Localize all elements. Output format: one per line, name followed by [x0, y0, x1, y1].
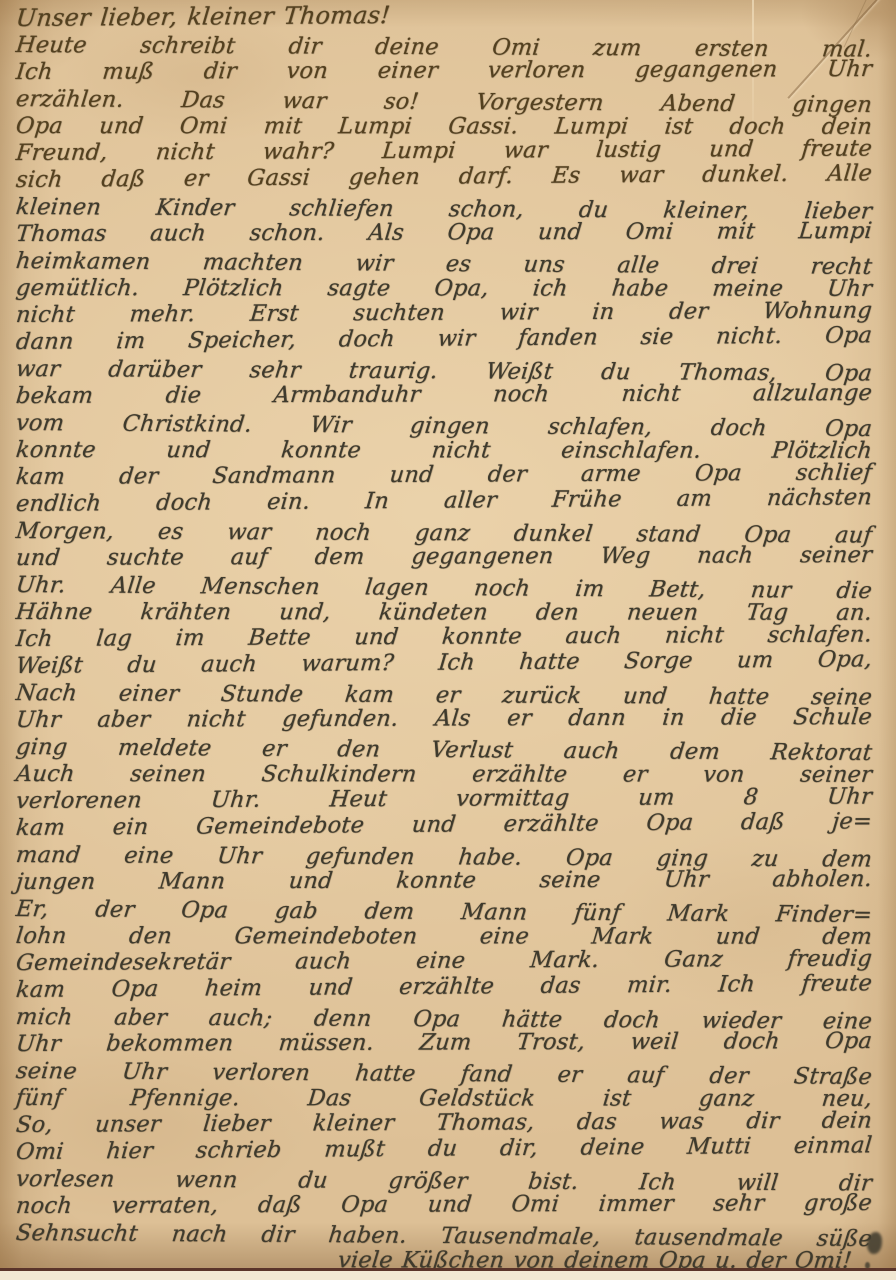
letter-line: Thomas auch schon. Als Opa und Omi mit L… — [15, 218, 874, 248]
letter-line: jungen Mann und konnte seine Uhr abholen… — [15, 866, 874, 896]
photo-edge-bottom — [0, 1268, 896, 1280]
letter-page: Unser lieber, kleiner Thomas!Heute schre… — [0, 0, 896, 1280]
letter-line: bekam die Armbanduhr noch nicht allzulan… — [15, 380, 874, 410]
letter-line: kam Opa heim und erzählte das mir. Ich f… — [15, 970, 874, 1004]
letter-line: Uhr aber nicht gefunden. Als er dann in … — [15, 704, 874, 734]
letter-line: Omi hier schrieb mußt du dir, deine Mutt… — [15, 1132, 874, 1166]
letter-body: Unser lieber, kleiner Thomas!Heute schre… — [0, 0, 896, 1280]
letter-line: Weißt du auch warum? Ich hatte Sorge um … — [15, 646, 874, 680]
letter-line: noch verraten, daß Opa und Omi immer seh… — [15, 1190, 874, 1220]
letter-line: dann im Speicher, doch wir fanden sie ni… — [15, 322, 874, 356]
letter-line: Uhr bekommen müssen. Zum Trost, weil doc… — [15, 1028, 874, 1058]
letter-line: sich daß er Gassi gehen darf. Es war dun… — [15, 160, 874, 194]
letter-line: endlich doch ein. In aller Frühe am näch… — [15, 484, 874, 518]
salutation-line: Unser lieber, kleiner Thomas! — [15, 0, 874, 32]
letter-line: kam ein Gemeindebote und erzählte Opa da… — [15, 808, 874, 842]
letter-line: und suchte auf dem gegangenen Weg nach s… — [15, 542, 874, 572]
letter-line: Ich muß dir von einer verloren gegangene… — [15, 56, 874, 86]
